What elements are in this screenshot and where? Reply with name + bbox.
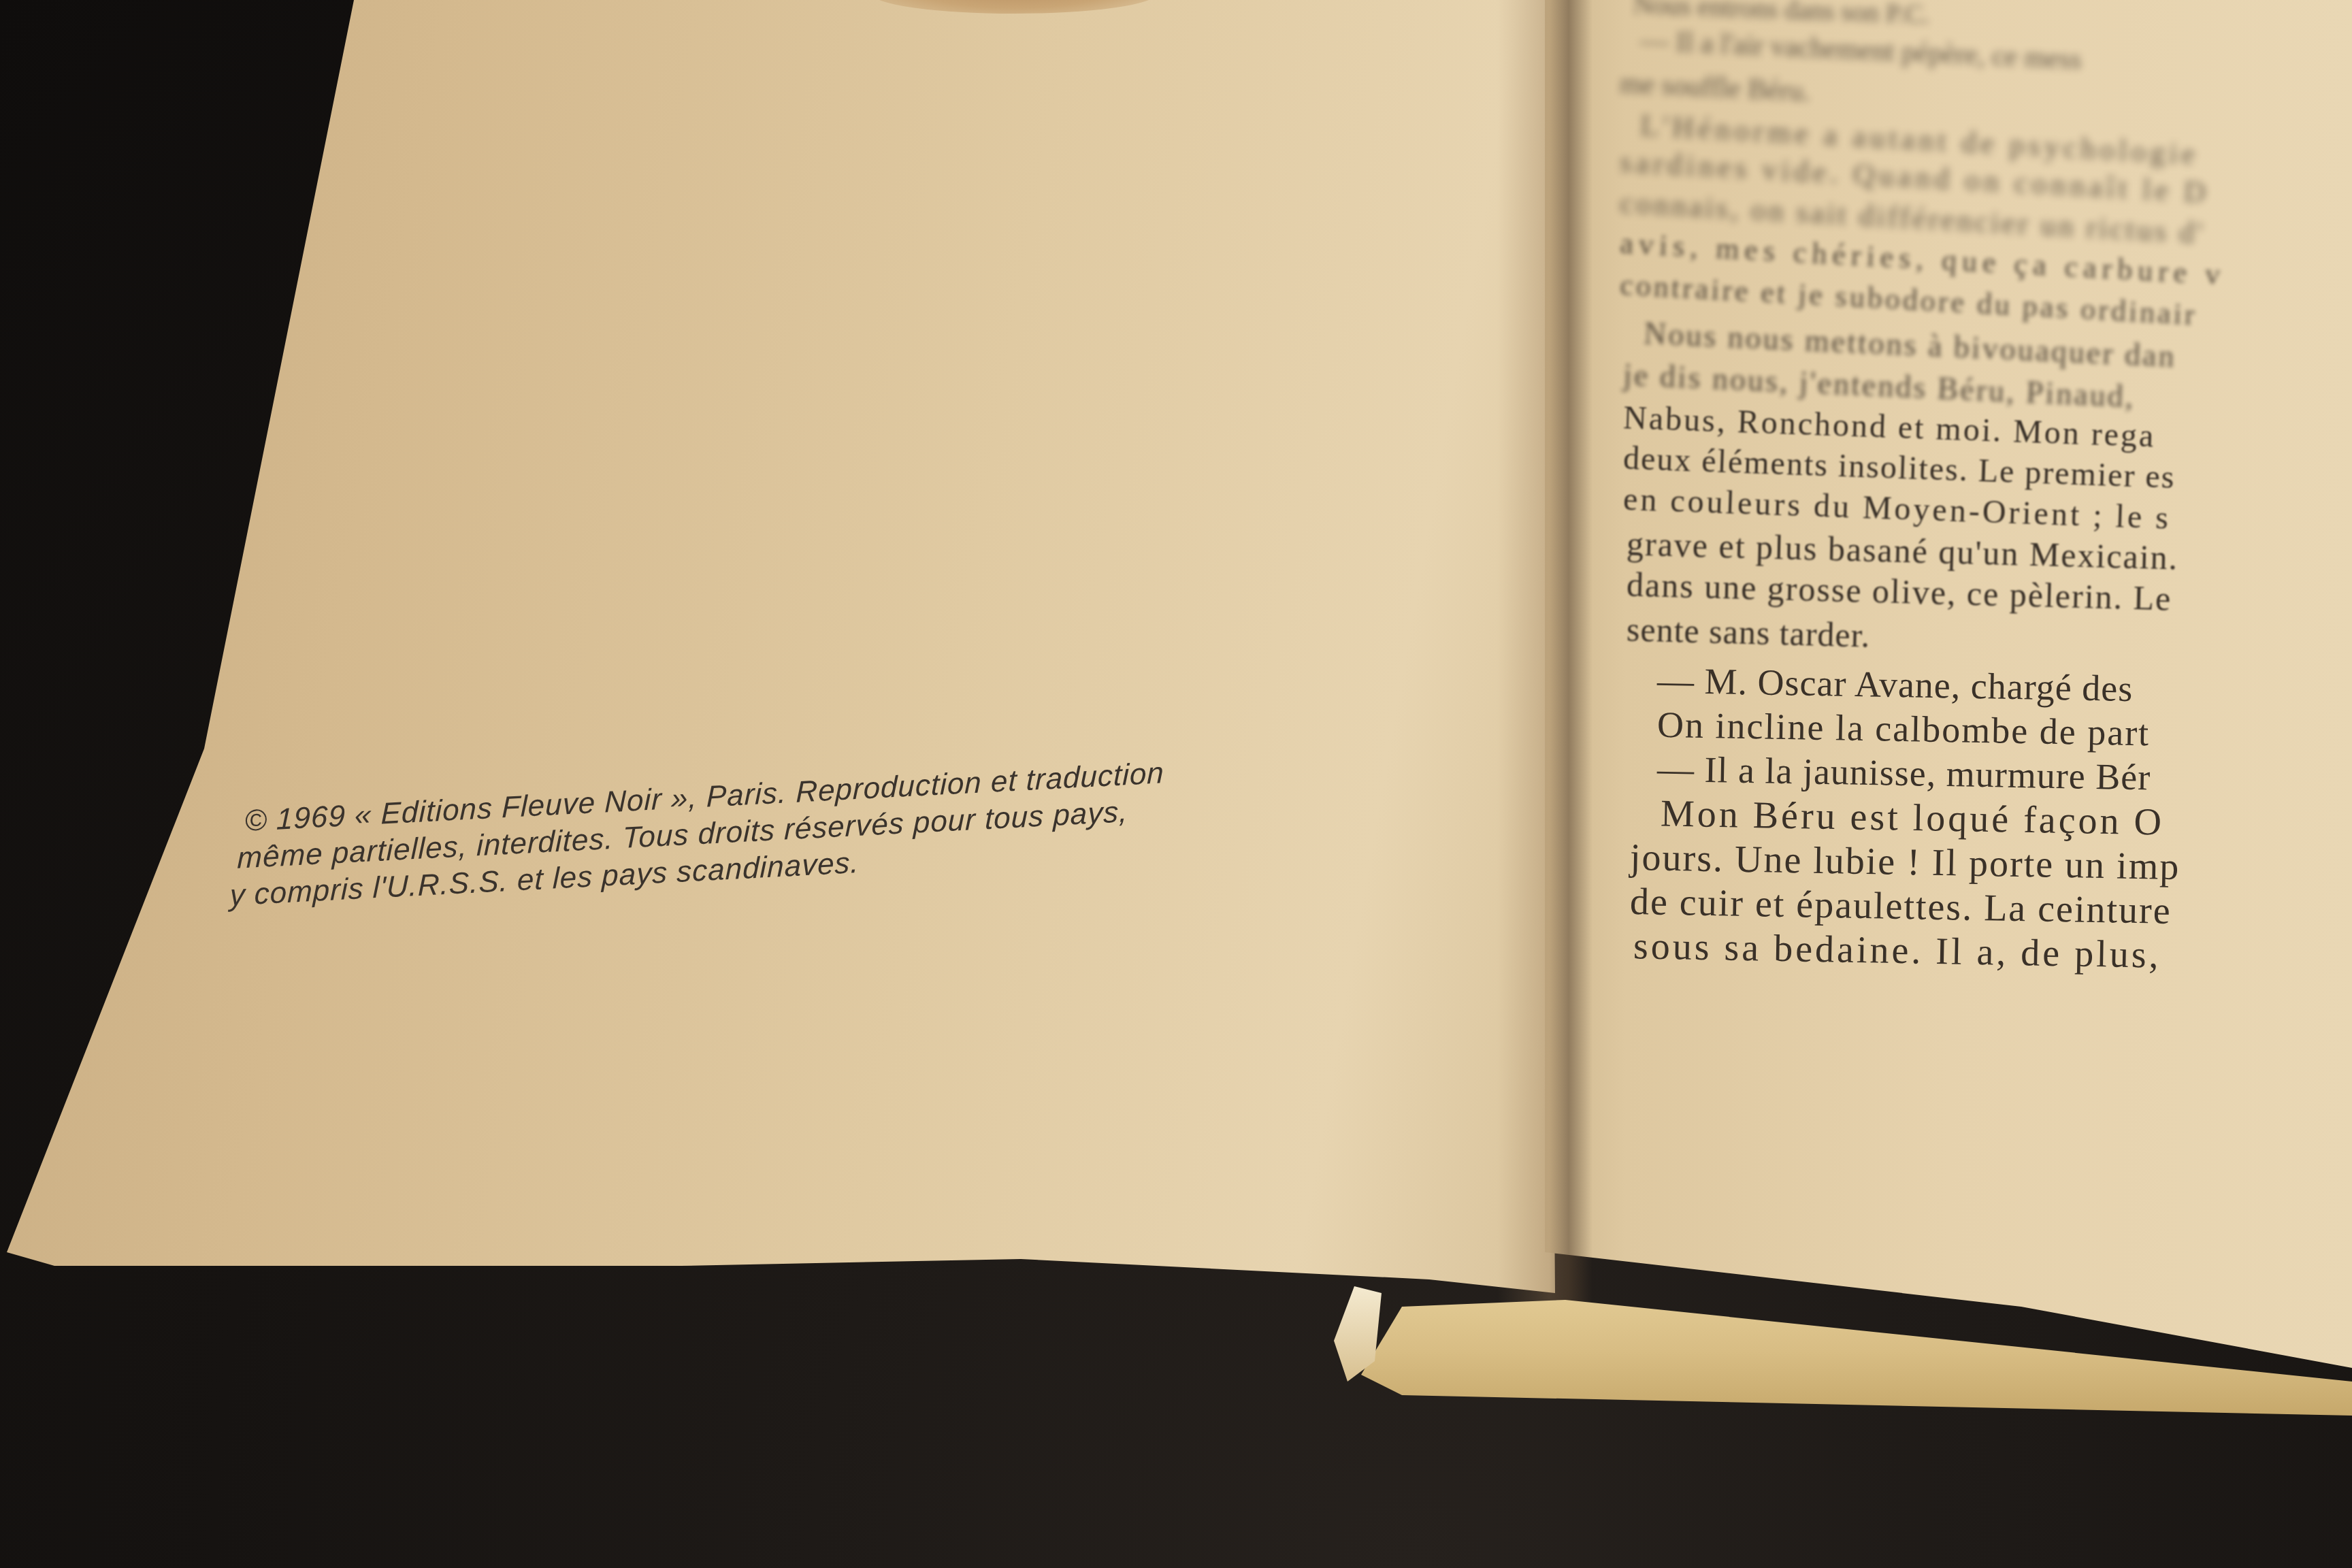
text-line: sente sans tarder. [1626, 609, 1871, 655]
text-line: — Il a la jaunisse, murmure Bér [1657, 748, 2151, 799]
text-line: sous sa bedaine. Il a, de plus, [1633, 924, 2162, 977]
text-line: Mon Béru est loqué façon O [1660, 792, 2164, 845]
text-line: On incline la calbombe de part [1657, 704, 2151, 755]
text-line: — M. Oscar Avane, chargé des [1657, 659, 2134, 710]
book-gutter [1497, 0, 1592, 1334]
